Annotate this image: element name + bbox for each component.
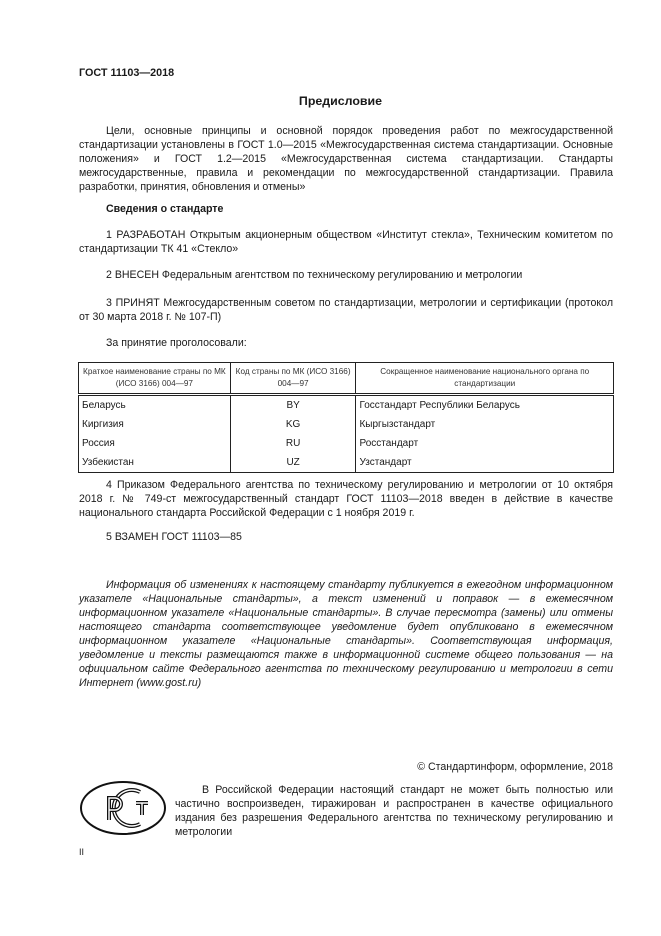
voted-label: За принятие проголосовали: [106,336,247,350]
cell-country: Киргизия [79,415,231,434]
cell-body: Кыргызстандарт [356,415,614,434]
page-number: II [79,845,84,859]
cell-country: Беларусь [79,395,231,416]
cell-body: Госстандарт Республики Беларусь [356,395,614,416]
header-country-name: Краткое наименование страны по МК (ИСО 3… [79,363,231,395]
item-developed: 1 РАЗРАБОТАН Открытым акционерным общест… [79,228,613,256]
page-title: Предисловие [0,94,661,108]
voting-table: Краткое наименование страны по МК (ИСО 3… [78,362,614,473]
header-standards-body: Сокращенное наименование национального о… [356,363,614,395]
cell-country: Россия [79,434,231,453]
reproduction-notice: В Российской Федерации настоящий стандар… [175,783,613,839]
cell-body: Росстандарт [356,434,614,453]
cell-body: Узстандарт [356,453,614,473]
cell-country: Узбекистан [79,453,231,473]
cell-code: KG [230,415,356,434]
table-row: Беларусь BY Госстандарт Республики Белар… [79,395,614,416]
table-row: Киргизия KG Кыргызстандарт [79,415,614,434]
table-header-row: Краткое наименование страны по МК (ИСО 3… [79,363,614,395]
item-adopted: 3 ПРИНЯТ Межгосударственным советом по с… [79,296,613,324]
pct-certification-logo-icon [78,778,168,838]
cell-code: RU [230,434,356,453]
item-submitted: 2 ВНЕСЕН Федеральным агентством по техни… [79,268,613,282]
cell-code: BY [230,395,356,416]
changes-info-notice: Информация об изменениях к настоящему ст… [79,578,613,690]
table-row: Узбекистан UZ Узстандарт [79,453,614,473]
copyright-line: © Стандартинформ, оформление, 2018 [417,760,613,774]
item-replaces: 5 ВЗАМЕН ГОСТ 11103—85 [79,530,613,544]
intro-paragraph: Цели, основные принципы и основной поряд… [79,124,613,194]
section-title: Сведения о стандарте [106,202,223,216]
header-country-code: Код страны по МК (ИСО 3166) 004—97 [230,363,356,395]
table-row: Россия RU Росстандарт [79,434,614,453]
item-enacted: 4 Приказом Федерального агентства по тех… [79,478,613,520]
document-code: ГОСТ 11103—2018 [79,66,174,80]
cell-code: UZ [230,453,356,473]
